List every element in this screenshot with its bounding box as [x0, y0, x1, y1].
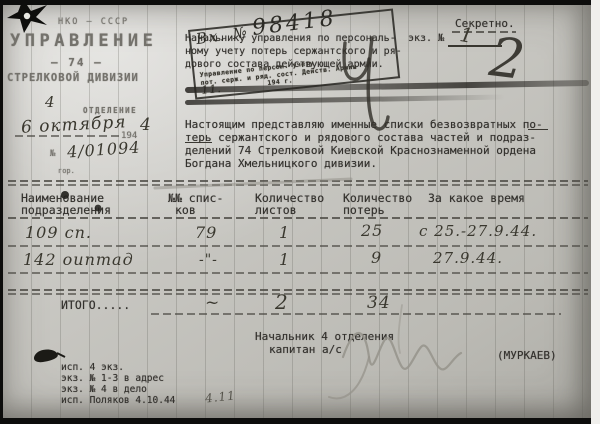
signature-title-line1: Начальник 4 отделения	[255, 330, 394, 343]
date-handwritten: 6 октября	[21, 112, 127, 137]
paper-hole	[7, 5, 47, 33]
row1-sheets: 1	[279, 223, 290, 242]
letterhead-org: НКО — СССР	[58, 17, 129, 27]
doc-no-handwritten: 4/01094	[66, 137, 141, 161]
total-listno: ~	[205, 293, 220, 313]
total-top-rule-b	[8, 293, 588, 295]
signature-name: (МУРКАЕВ)	[497, 349, 557, 362]
body-underline-po	[528, 129, 548, 130]
table-top-rule-b	[8, 184, 588, 186]
row1-name: 109 сп.	[25, 223, 92, 242]
signature-title-line2: капитан а/с	[269, 343, 342, 356]
total-bottom-rule	[151, 313, 561, 315]
dept-number-handwritten: 4	[45, 93, 56, 111]
header-listno-2: ков	[175, 203, 196, 217]
letterhead-division: СТРЕЛКОВОЙ ДИВИЗИИ	[7, 72, 139, 84]
row1-rule	[8, 245, 588, 247]
body-line3: делений 74 Стрелковой Киевской Краснозна…	[185, 144, 536, 157]
header-period: За какое время	[428, 191, 525, 205]
row2-rule	[8, 272, 588, 274]
footer-line2: экз. № 1-3 в адрес	[61, 373, 164, 384]
header-losses-2: потерь	[343, 203, 385, 217]
stamp-entry-number: 98418	[251, 6, 338, 41]
scan-edge-strip	[591, 0, 600, 424]
body-line4: Богдана Хмельницкого дивизии.	[185, 157, 377, 170]
total-losses: 34	[367, 293, 391, 313]
stamp-entry-label: Вх. №	[195, 23, 250, 48]
row2-period: 27.9.44.	[433, 249, 503, 267]
body-line1: Настоящим представляю именные списки без…	[185, 118, 543, 131]
paper-sheet: НКО — СССР УПРАВЛЕНИЕ — 74 — СТРЕЛКОВОЙ …	[3, 5, 591, 418]
total-sheets: 2	[275, 290, 289, 314]
row2-losses: 9	[371, 248, 382, 267]
letterhead-upravlenie: УПРАВЛЕНИЕ	[10, 31, 157, 51]
header-bottom-rule	[8, 217, 588, 219]
row1-listno: 79	[195, 223, 217, 242]
paper-hole-light	[24, 13, 30, 19]
row2-name: 142 оиптад	[23, 250, 134, 269]
row1-period: с 25.-27.9.44.	[419, 222, 537, 240]
body-line2: терь сержантского и рядового состава час…	[185, 131, 536, 144]
ink-streak-2	[185, 94, 505, 105]
row2-sheets: 1	[279, 250, 290, 269]
footer-line1: исп. 4 экз.	[61, 362, 124, 373]
row1-losses: 25	[361, 221, 383, 240]
doc-no-label: №	[50, 149, 55, 159]
signature-scribble	[329, 357, 369, 398]
ink-blot	[57, 353, 65, 357]
total-top-rule-a	[8, 289, 588, 291]
document-scan: НКО — СССР УПРАВЛЕНИЕ — 74 — СТРЕЛКОВОЙ …	[0, 0, 600, 424]
table-top-rule-a	[8, 180, 588, 182]
gor-label: гор.	[58, 167, 75, 175]
header-sheets-2: листов	[255, 203, 297, 217]
footer-line4: исп. Поляков 4.10.44	[61, 395, 175, 406]
row2-listno: -"-	[199, 252, 218, 268]
copy-label: экз. №	[408, 33, 444, 44]
letterhead-division-number: — 74 —	[51, 56, 103, 69]
year-digit-handwritten: 4	[140, 115, 152, 135]
header-name-2: подразделения	[21, 203, 111, 217]
total-label: ИТОГО.....	[61, 298, 130, 312]
body-underline-ter	[185, 142, 212, 143]
footer-hand-mark: 4.11	[204, 388, 236, 405]
footer-line3: экз. № 4 в дело	[61, 384, 147, 395]
date-underline	[15, 135, 120, 137]
ink-blot	[34, 349, 58, 362]
